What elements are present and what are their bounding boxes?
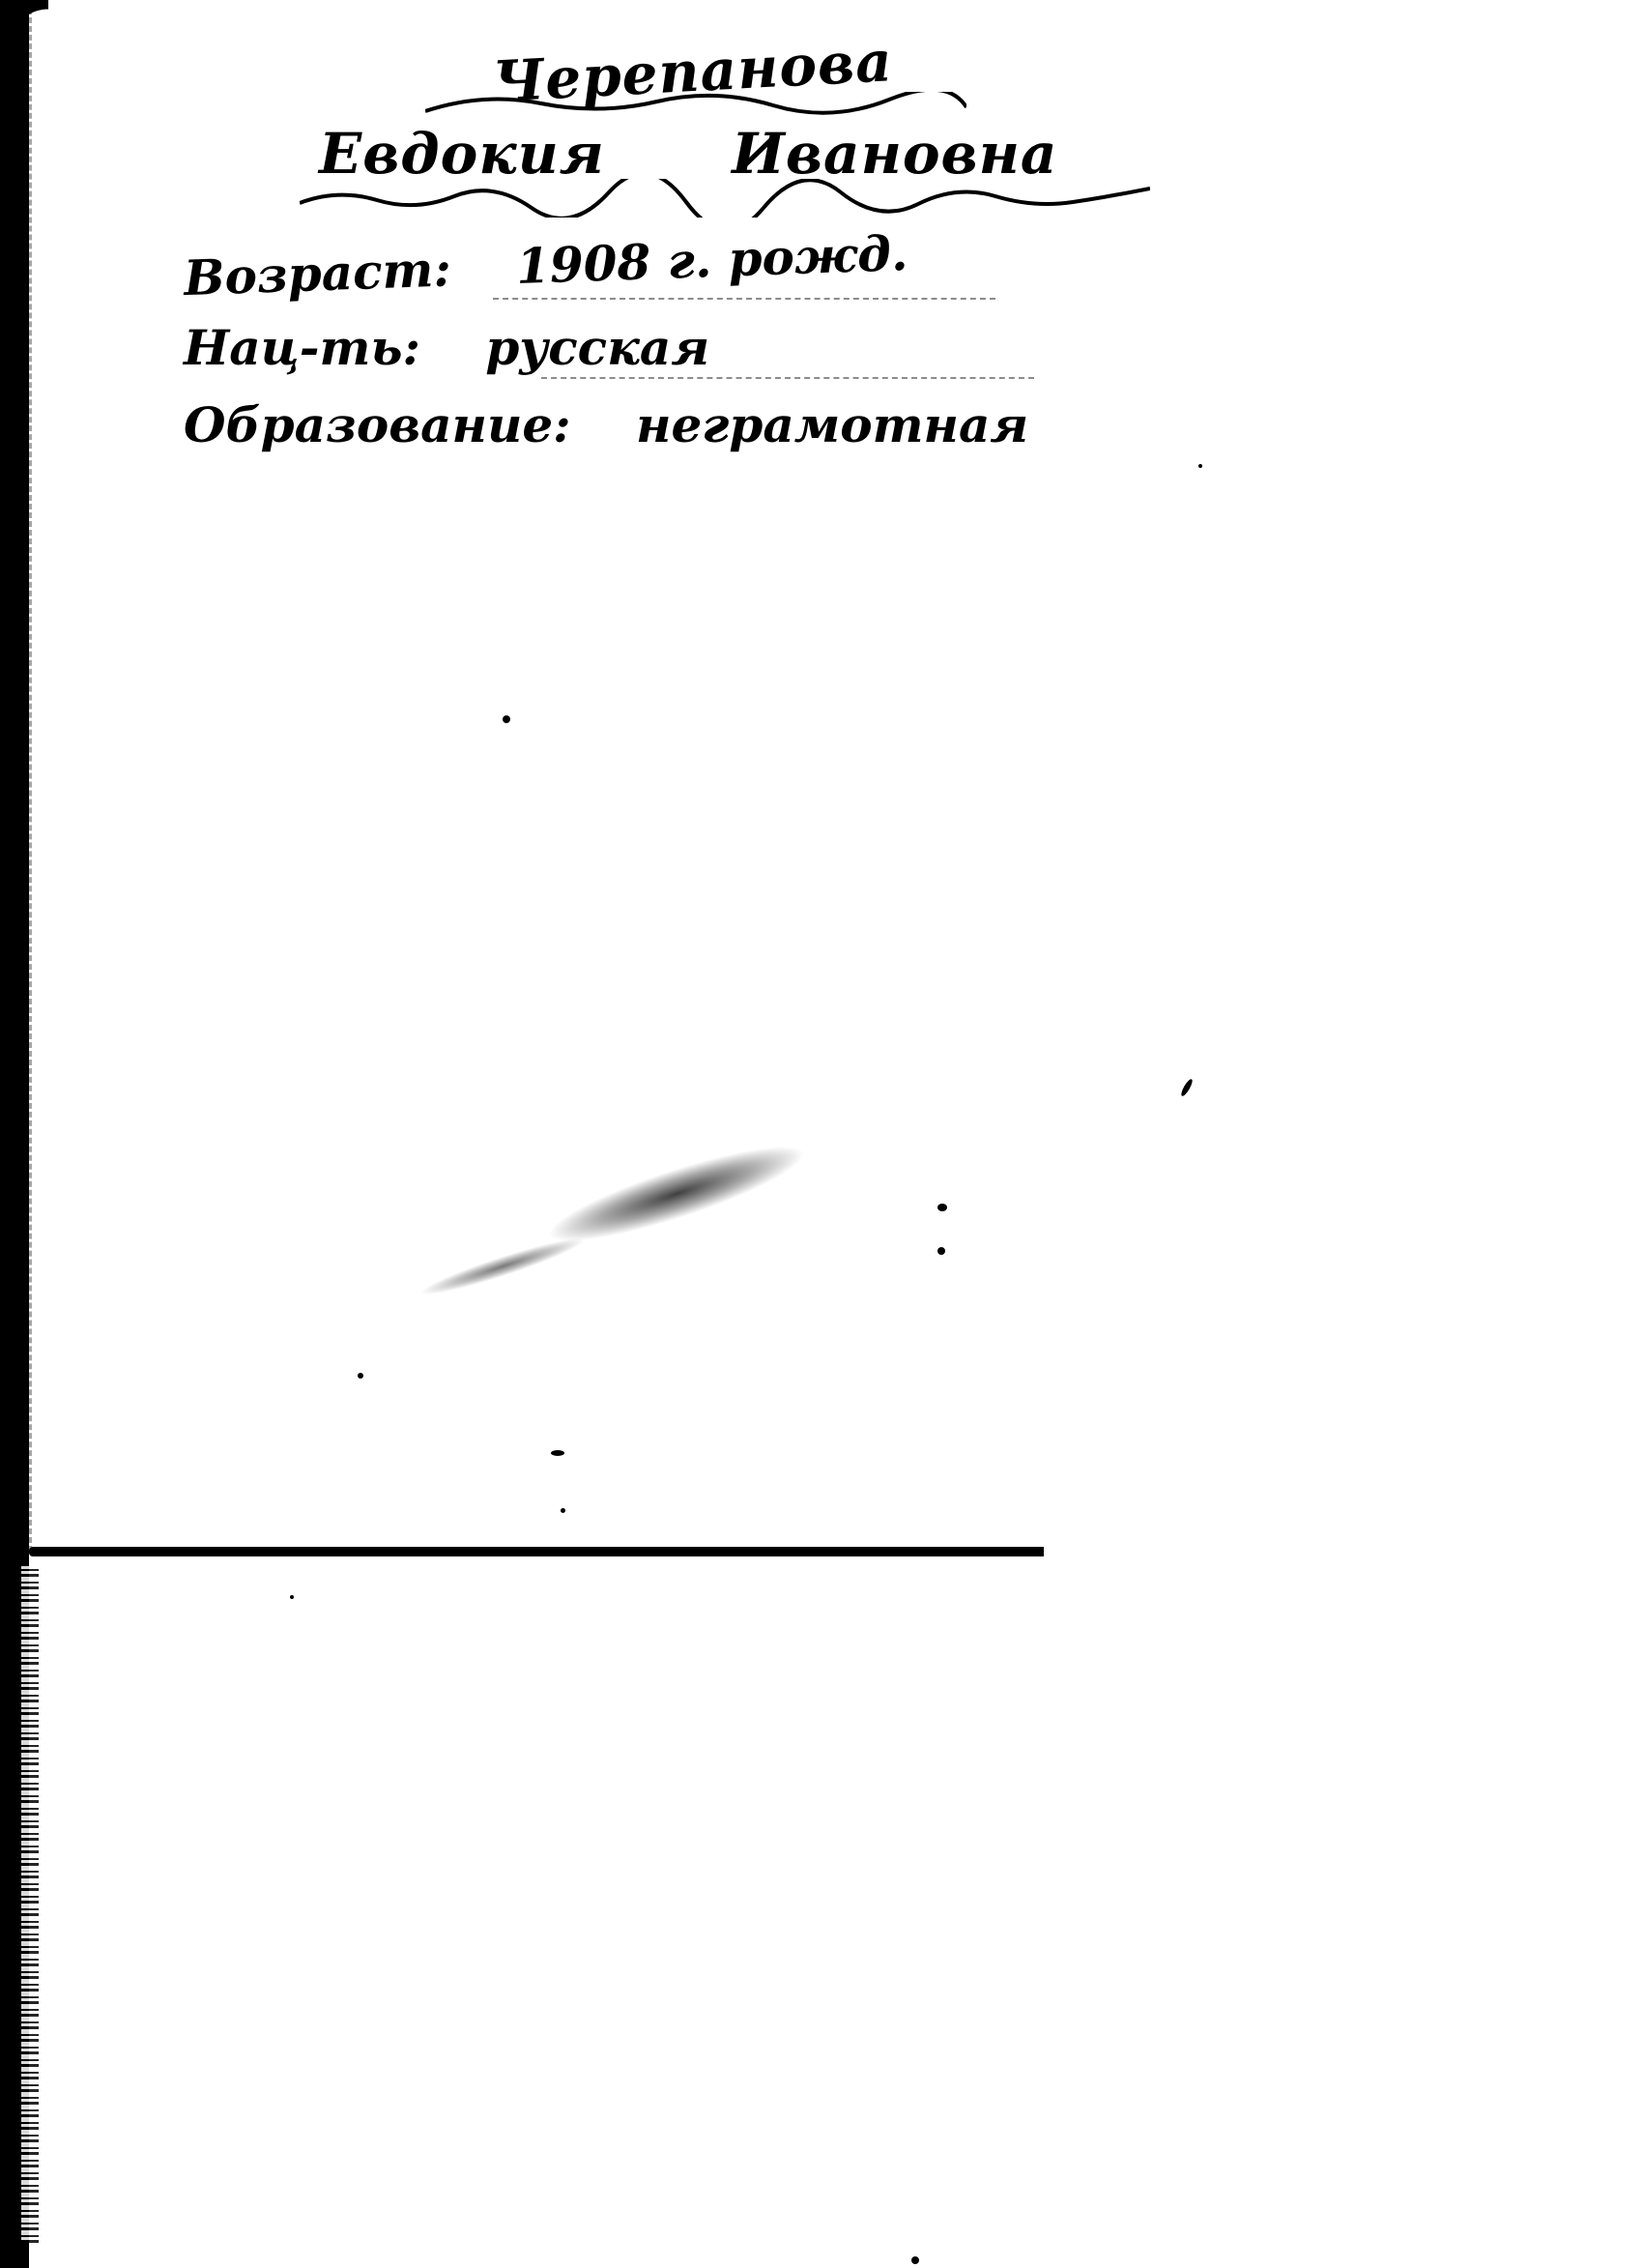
scan-speck	[937, 1204, 947, 1211]
field-value: русская	[485, 319, 709, 376]
surname-underline-wave	[425, 92, 966, 121]
full-given-name: Евдокия Ивановна	[319, 121, 1058, 187]
scan-speck	[503, 715, 510, 723]
patronymic: Ивановна	[732, 121, 1057, 187]
guide-line	[541, 377, 1034, 379]
scan-speck	[561, 1508, 565, 1513]
field-label: Возраст:	[183, 240, 452, 306]
scan-speck	[937, 1247, 945, 1255]
scan-speck	[911, 2256, 919, 2264]
scan-speck	[358, 1373, 363, 1379]
field-education: Образование: неграмотная	[184, 396, 1028, 453]
first-name: Евдокия	[319, 121, 605, 187]
scan-binding-edge	[0, 0, 29, 2268]
card-bottom-edge	[29, 1547, 1044, 1556]
scan-speck	[1198, 464, 1202, 468]
scan-speck	[1179, 1078, 1194, 1097]
scan-edge-fray	[21, 1566, 39, 2243]
field-label: Образование:	[184, 396, 571, 453]
scan-speck	[551, 1450, 564, 1456]
scan-speck	[290, 1595, 294, 1599]
field-nationality: Нац-ть: русская	[184, 319, 709, 376]
field-label: Нац-ть:	[184, 319, 420, 376]
guide-line	[493, 298, 995, 300]
name-underline-wave	[300, 179, 1150, 218]
field-value: неграмотная	[636, 396, 1028, 453]
